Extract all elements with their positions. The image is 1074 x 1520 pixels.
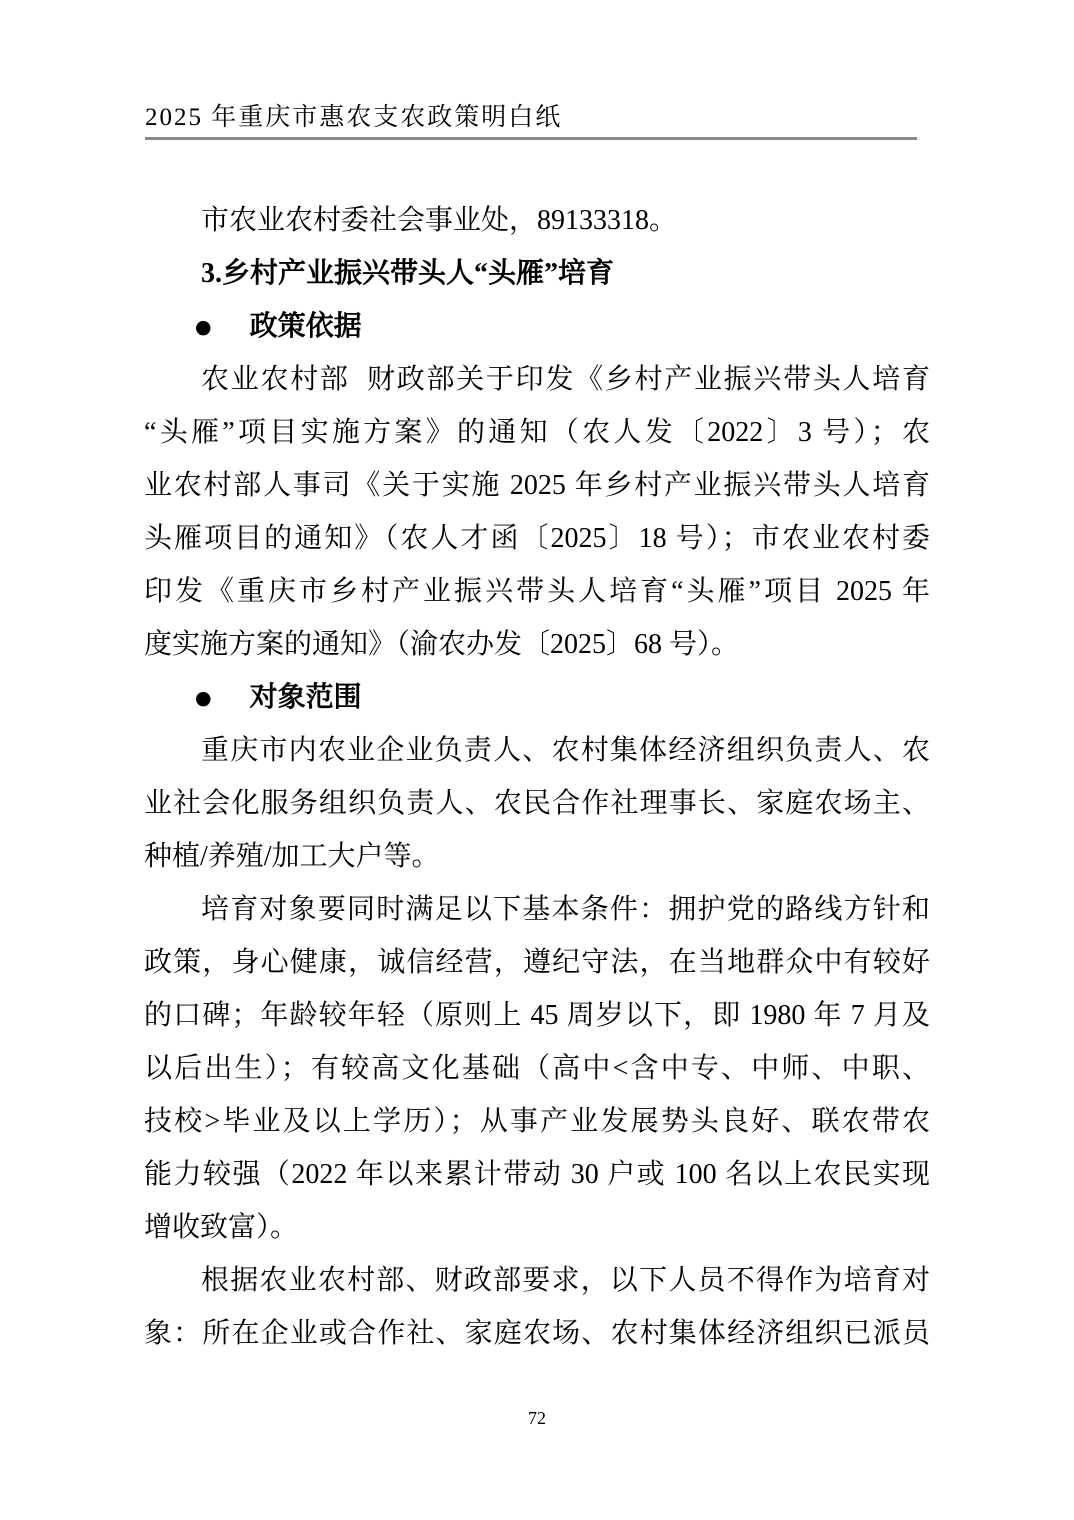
text-line: 以后出生）；有较高文化基础（高中<含中专、中师、中职、	[144, 1042, 930, 1095]
text-line: 根据农业农村部、财政部要求，以下人员不得作为培育对	[144, 1254, 930, 1307]
text-line: 重庆市内农业企业负责人、农村集体经济组织负责人、农	[144, 724, 930, 777]
text-line: 市农业农村委社会事业处，89133318。	[144, 194, 930, 247]
bullet-heading-label: 政策依据	[250, 311, 362, 342]
page-footer: 72	[144, 1408, 930, 1429]
text-line: 象：所在企业或合作社、家庭农场、农村集体经济组织已派员	[144, 1307, 930, 1360]
document-page: 2025 年重庆市惠农支农政策明白纸 市农业农村委社会事业处，89133318。…	[0, 0, 1074, 1520]
header-rule	[145, 137, 917, 140]
bullet-icon: ●	[195, 687, 212, 709]
text-line: 技校>毕业及以上学历）；从事产业发展势头良好、联农带农	[144, 1095, 930, 1148]
bullet-heading-line: ●对象范围	[144, 671, 930, 724]
text-line: 能力较强（2022 年以来累计带动 30 户或 100 名以上农民实现	[144, 1148, 930, 1201]
bullet-heading-line: ●政策依据	[144, 300, 930, 353]
text-line: 业农村部人事司《关于实施 2025 年乡村产业振兴带头人培育	[144, 459, 930, 512]
text-line: 业社会化服务组织负责人、农民合作社理事长、家庭农场主、	[144, 777, 930, 830]
page-header-title: 2025 年重庆市惠农支农政策明白纸	[145, 97, 562, 133]
document-body: 市农业农村委社会事业处，89133318。3.乡村产业振兴带头人“头雁”培育●政…	[144, 194, 930, 1360]
bullet-heading-label: 对象范围	[250, 682, 362, 713]
text-line: 增收致富）。	[144, 1201, 930, 1254]
page-number: 72	[528, 1408, 546, 1428]
section-heading-line: 3.乡村产业振兴带头人“头雁”培育	[144, 247, 930, 300]
text-line: 印发《重庆市乡村产业振兴带头人培育“头雁”项目 2025 年	[144, 565, 930, 618]
text-line: 头雁项目的通知》（农人才函〔2025〕18 号）；市农业农村委	[144, 512, 930, 565]
text-line: 种植/养殖/加工大户等。	[144, 830, 930, 883]
text-line: 培育对象要同时满足以下基本条件：拥护党的路线方针和	[144, 883, 930, 936]
text-line: 农业农村部 财政部关于印发《乡村产业振兴带头人培育	[144, 353, 930, 406]
text-line: 度实施方案的通知》（渝农办发〔2025〕68 号）。	[144, 618, 930, 671]
bullet-icon: ●	[195, 316, 212, 338]
text-line: “头雁”项目实施方案》的通知（农人发〔2022〕3 号）；农	[144, 406, 930, 459]
text-line: 政策，身心健康，诚信经营，遵纪守法，在当地群众中有较好	[144, 936, 930, 989]
text-line: 的口碑；年龄较年轻（原则上 45 周岁以下，即 1980 年 7 月及	[144, 989, 930, 1042]
